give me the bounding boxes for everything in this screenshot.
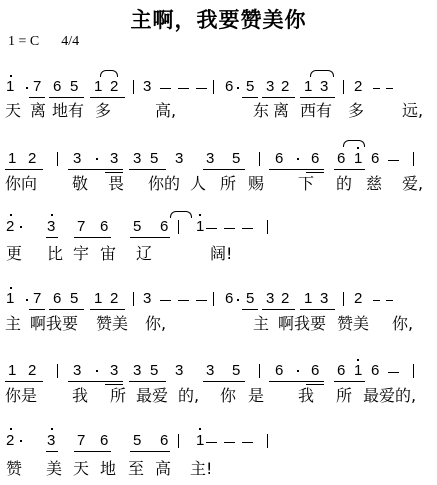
lyric: 地有 — [52, 102, 84, 120]
note: 7 — [33, 79, 41, 95]
note: 3 — [143, 79, 151, 95]
lyric: 所 — [110, 387, 126, 405]
note: 6 — [275, 363, 283, 379]
octave-up-dot — [51, 428, 53, 430]
note: 6 — [337, 363, 345, 379]
barline — [343, 80, 344, 94]
lyric: 下 — [298, 175, 314, 193]
lyric: 赞美 — [96, 315, 128, 333]
note: 6 — [100, 433, 108, 449]
hold-dash — [386, 88, 393, 89]
lyric: 东 — [253, 102, 269, 120]
hold-dash — [206, 442, 217, 443]
note: 3 — [110, 363, 118, 379]
note: 1 — [6, 291, 14, 307]
lyric: 赞 — [6, 460, 22, 478]
underline-beam — [334, 169, 365, 170]
augmentation-dot — [96, 158, 98, 160]
octave-up-dot — [10, 428, 12, 430]
note: 1 — [196, 219, 204, 235]
octave-up-dot — [199, 428, 201, 430]
lyric: 你向 — [5, 175, 37, 193]
lyric: 最爱 — [136, 387, 168, 405]
underline-beam — [262, 97, 295, 98]
lyric: 赐 — [248, 175, 264, 193]
note: 3 — [320, 291, 328, 307]
note: 6 — [311, 363, 319, 379]
lyric: 慈 — [366, 175, 382, 193]
note: 6 — [160, 219, 168, 235]
lyric: 主! — [190, 460, 212, 478]
lyric: 地 — [100, 460, 116, 478]
underline-beam — [29, 97, 45, 98]
note: 6 — [53, 79, 61, 95]
hold-dash — [160, 300, 171, 301]
note: 2 — [281, 79, 289, 95]
lyric: 最爱的, — [363, 387, 416, 405]
note: 2 — [354, 79, 362, 95]
underline-beam — [74, 451, 111, 452]
note: 6 — [371, 151, 379, 167]
underline-beam — [49, 97, 84, 98]
underline-beam — [46, 451, 58, 452]
key-signature-line: 1 = C4/4 — [8, 34, 101, 50]
octave-up-dot — [199, 214, 201, 216]
hold-dash — [242, 442, 253, 443]
note: 3 — [175, 363, 183, 379]
note: 1 — [354, 363, 362, 379]
note: 1 — [8, 151, 16, 167]
hold-dash — [373, 300, 380, 301]
underline-beam — [90, 97, 125, 98]
hold-dash — [196, 88, 207, 89]
lyric: 美 — [46, 460, 62, 478]
octave-up-dot — [10, 287, 12, 289]
underline-beam — [29, 309, 45, 310]
note: 5 — [232, 363, 240, 379]
lyric: 你 — [220, 387, 236, 405]
lyric: 高, — [155, 102, 176, 120]
note: 3 — [133, 151, 141, 167]
lyric: 敬 — [72, 175, 88, 193]
lyric: 阔! — [210, 245, 232, 263]
lyric: 啊我要 — [278, 315, 326, 333]
underline-beam — [269, 381, 324, 382]
underline-beam — [5, 169, 43, 170]
augmentation-dot — [297, 158, 299, 160]
underline-beam — [49, 309, 84, 310]
note: 5 — [133, 219, 141, 235]
octave-up-dot — [10, 75, 12, 77]
underline-beam-double — [105, 172, 123, 173]
lyric: 所 — [336, 387, 352, 405]
lyric: 多 — [95, 102, 111, 120]
note: 6 — [337, 151, 345, 167]
octave-up-dot — [51, 214, 53, 216]
octave-up-dot — [10, 214, 12, 216]
note: 3 — [320, 79, 328, 95]
underline-beam — [130, 237, 170, 238]
note: 3 — [73, 151, 81, 167]
barline — [178, 434, 179, 448]
lyric: 人 — [190, 175, 206, 193]
slur — [310, 70, 334, 77]
lyric: 主 — [253, 315, 269, 333]
underline-beam — [74, 237, 111, 238]
lyric: 西有 — [300, 102, 332, 120]
lyric: 宙 — [100, 245, 116, 263]
hold-dash — [373, 88, 380, 89]
octave-up-dot — [357, 147, 359, 149]
note: 1 — [94, 291, 102, 307]
underline-beam — [5, 381, 43, 382]
note: 1 — [6, 79, 14, 95]
augmentation-dot — [237, 299, 239, 301]
note: 1 — [304, 291, 312, 307]
lyric: 宇 — [73, 245, 89, 263]
underline-beam — [68, 169, 123, 170]
lyric: 至 — [128, 460, 144, 478]
underline-beam — [68, 381, 123, 382]
note: 5 — [70, 79, 78, 95]
lyric: 多 — [348, 102, 364, 120]
underline-beam — [300, 97, 335, 98]
note: 3 — [47, 433, 55, 449]
note: 2 — [110, 291, 118, 307]
underline-beam-double — [306, 172, 324, 173]
note: 6 — [275, 151, 283, 167]
time-signature: 4/4 — [61, 34, 79, 49]
hold-dash — [206, 228, 217, 229]
note: 3 — [133, 363, 141, 379]
hold-dash — [196, 300, 207, 301]
lyric: 远, — [402, 102, 423, 120]
barline — [413, 364, 414, 378]
underline-beam — [203, 169, 245, 170]
note: 3 — [266, 291, 274, 307]
lyric: 爱, — [402, 175, 423, 193]
lyric: 我 — [298, 387, 314, 405]
barline — [57, 152, 58, 166]
augmentation-dot — [20, 440, 22, 442]
underline-beam — [46, 237, 58, 238]
note: 7 — [77, 433, 85, 449]
note: 3 — [175, 151, 183, 167]
note: 1 — [94, 79, 102, 95]
note: 6 — [311, 151, 319, 167]
augmentation-dot — [96, 370, 98, 372]
key-signature: 1 = C — [8, 34, 39, 49]
note: 6 — [53, 291, 61, 307]
note: 7 — [77, 219, 85, 235]
barline — [259, 364, 260, 378]
hold-dash — [178, 88, 189, 89]
lyric: 畏 — [108, 175, 124, 193]
lyric: 的 — [336, 175, 352, 193]
lyric: 离 — [273, 102, 289, 120]
lyric: 天 — [73, 460, 89, 478]
underline-beam — [129, 169, 166, 170]
note: 3 — [143, 291, 151, 307]
underline-beam-double — [105, 384, 123, 385]
note: 6 — [371, 363, 379, 379]
lyric: 我 — [72, 387, 88, 405]
note: 5 — [70, 291, 78, 307]
hold-dash — [160, 88, 171, 89]
note: 6 — [225, 291, 233, 307]
underline-beam — [130, 451, 170, 452]
underline-beam — [300, 309, 335, 310]
underline-beam — [203, 381, 245, 382]
note: 2 — [110, 79, 118, 95]
hold-dash — [242, 228, 253, 229]
hold-dash — [388, 160, 399, 161]
hold-dash — [178, 300, 189, 301]
lyric: 的, — [178, 387, 199, 405]
lyric: 你是 — [5, 387, 37, 405]
barline — [267, 220, 268, 234]
lyric: 赞美 — [337, 315, 369, 333]
octave-up-dot — [357, 359, 359, 361]
barline — [213, 292, 214, 306]
hold-dash — [224, 228, 235, 229]
underline-beam — [242, 97, 258, 98]
hold-dash — [386, 300, 393, 301]
note: 1 — [8, 363, 16, 379]
note: 2 — [6, 219, 14, 235]
underline-beam-double — [306, 384, 324, 385]
note: 6 — [160, 433, 168, 449]
lyric: 是 — [248, 387, 264, 405]
lyric: 辽 — [136, 245, 152, 263]
note: 6 — [225, 79, 233, 95]
note: 3 — [266, 79, 274, 95]
underline-beam — [269, 169, 324, 170]
note: 1 — [354, 151, 362, 167]
augmentation-dot — [297, 370, 299, 372]
note: 5 — [232, 151, 240, 167]
barline — [213, 80, 214, 94]
lyric: 离 — [30, 102, 46, 120]
hold-dash — [388, 372, 399, 373]
note: 2 — [28, 363, 36, 379]
note: 7 — [33, 291, 41, 307]
lyric: 更 — [6, 245, 22, 263]
lyric: 比 — [47, 245, 63, 263]
note: 5 — [150, 363, 158, 379]
barline — [267, 434, 268, 448]
lyric: 你, — [392, 315, 413, 333]
note: 5 — [133, 433, 141, 449]
underline-beam — [129, 381, 166, 382]
note: 3 — [73, 363, 81, 379]
barline — [343, 292, 344, 306]
note: 5 — [246, 79, 254, 95]
barline — [413, 152, 414, 166]
lyric: 你, — [145, 315, 166, 333]
barline — [178, 220, 179, 234]
augmentation-dot — [26, 299, 28, 301]
note: 2 — [6, 433, 14, 449]
note: 3 — [206, 151, 214, 167]
slur — [170, 211, 192, 218]
lyric: 主 — [5, 315, 21, 333]
song-title: 主啊，我要赞美你 — [0, 4, 437, 34]
augmentation-dot — [26, 87, 28, 89]
slur — [343, 140, 365, 147]
note: 1 — [196, 433, 204, 449]
note: 6 — [100, 219, 108, 235]
underline-beam — [90, 309, 125, 310]
note: 5 — [150, 151, 158, 167]
note: 2 — [281, 291, 289, 307]
note: 3 — [206, 363, 214, 379]
barline — [133, 80, 134, 94]
note: 3 — [47, 219, 55, 235]
lyric: 天 — [5, 102, 21, 120]
slur — [100, 70, 118, 77]
barline — [259, 152, 260, 166]
barline — [133, 292, 134, 306]
lyric: 高 — [155, 460, 171, 478]
note: 5 — [246, 291, 254, 307]
note: 3 — [110, 151, 118, 167]
augmentation-dot — [20, 226, 22, 228]
underline-beam — [334, 381, 365, 382]
note: 2 — [354, 291, 362, 307]
barline — [57, 364, 58, 378]
augmentation-dot — [237, 87, 239, 89]
underline-beam — [242, 309, 258, 310]
note: 1 — [304, 79, 312, 95]
lyric: 啊我要 — [30, 315, 78, 333]
lyric: 所 — [220, 175, 236, 193]
lyric: 你的 — [148, 175, 180, 193]
underline-beam — [262, 309, 295, 310]
hold-dash — [224, 442, 235, 443]
note: 2 — [28, 151, 36, 167]
